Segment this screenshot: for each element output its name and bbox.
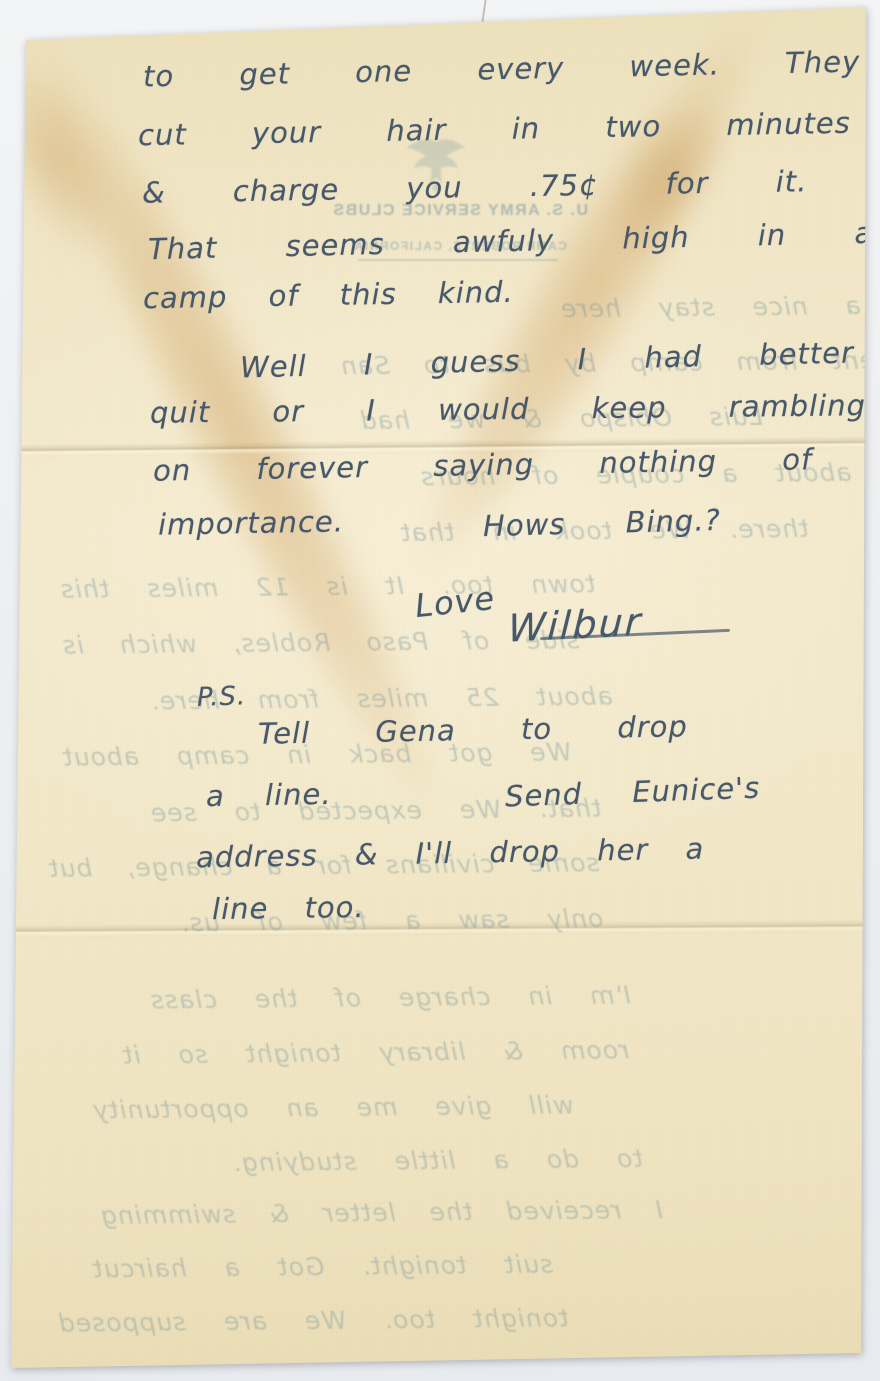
handwritten-line: Hows Bing.? (483, 503, 722, 543)
scanner-background: { "scan": { "kind": "scanned handwritten… (0, 0, 880, 1381)
letter-page: U. S. ARMY SERVICE CLUBS CAMP ROBERTS, C… (0, 0, 880, 1381)
handwritten-line: importance. (158, 504, 344, 541)
showthrough-line: I received the letter & swimming (100, 1195, 663, 1230)
showthrough-line: side of Paso Robles, which is (62, 625, 580, 659)
showthrough-line: tonight too. We are supposed (58, 1303, 569, 1337)
handwritten-line: camp of this kind. (143, 275, 514, 315)
signature: Wilbur (507, 599, 644, 650)
paper-shadow-wrap: U. S. ARMY SERVICE CLUBS CAMP ROBERTS, C… (0, 0, 880, 1381)
showthrough-line: will give me an opportunity (92, 1090, 574, 1124)
showthrough-line: town too. It is 12 miles this (60, 569, 596, 604)
ps-label: P.S. (196, 681, 246, 713)
showthrough-line: I'm in charge of the class (150, 980, 631, 1014)
showthrough-line: It is a nice stay here (560, 290, 880, 323)
ps-line: a line. (206, 777, 332, 813)
showthrough-line: to do a little studying. (232, 1144, 643, 1177)
ps-line: line too. (212, 890, 365, 926)
showthrough-line: room & library tonight so it (122, 1035, 630, 1069)
showthrough-line: suit tonight. Got a haircut (92, 1250, 554, 1284)
